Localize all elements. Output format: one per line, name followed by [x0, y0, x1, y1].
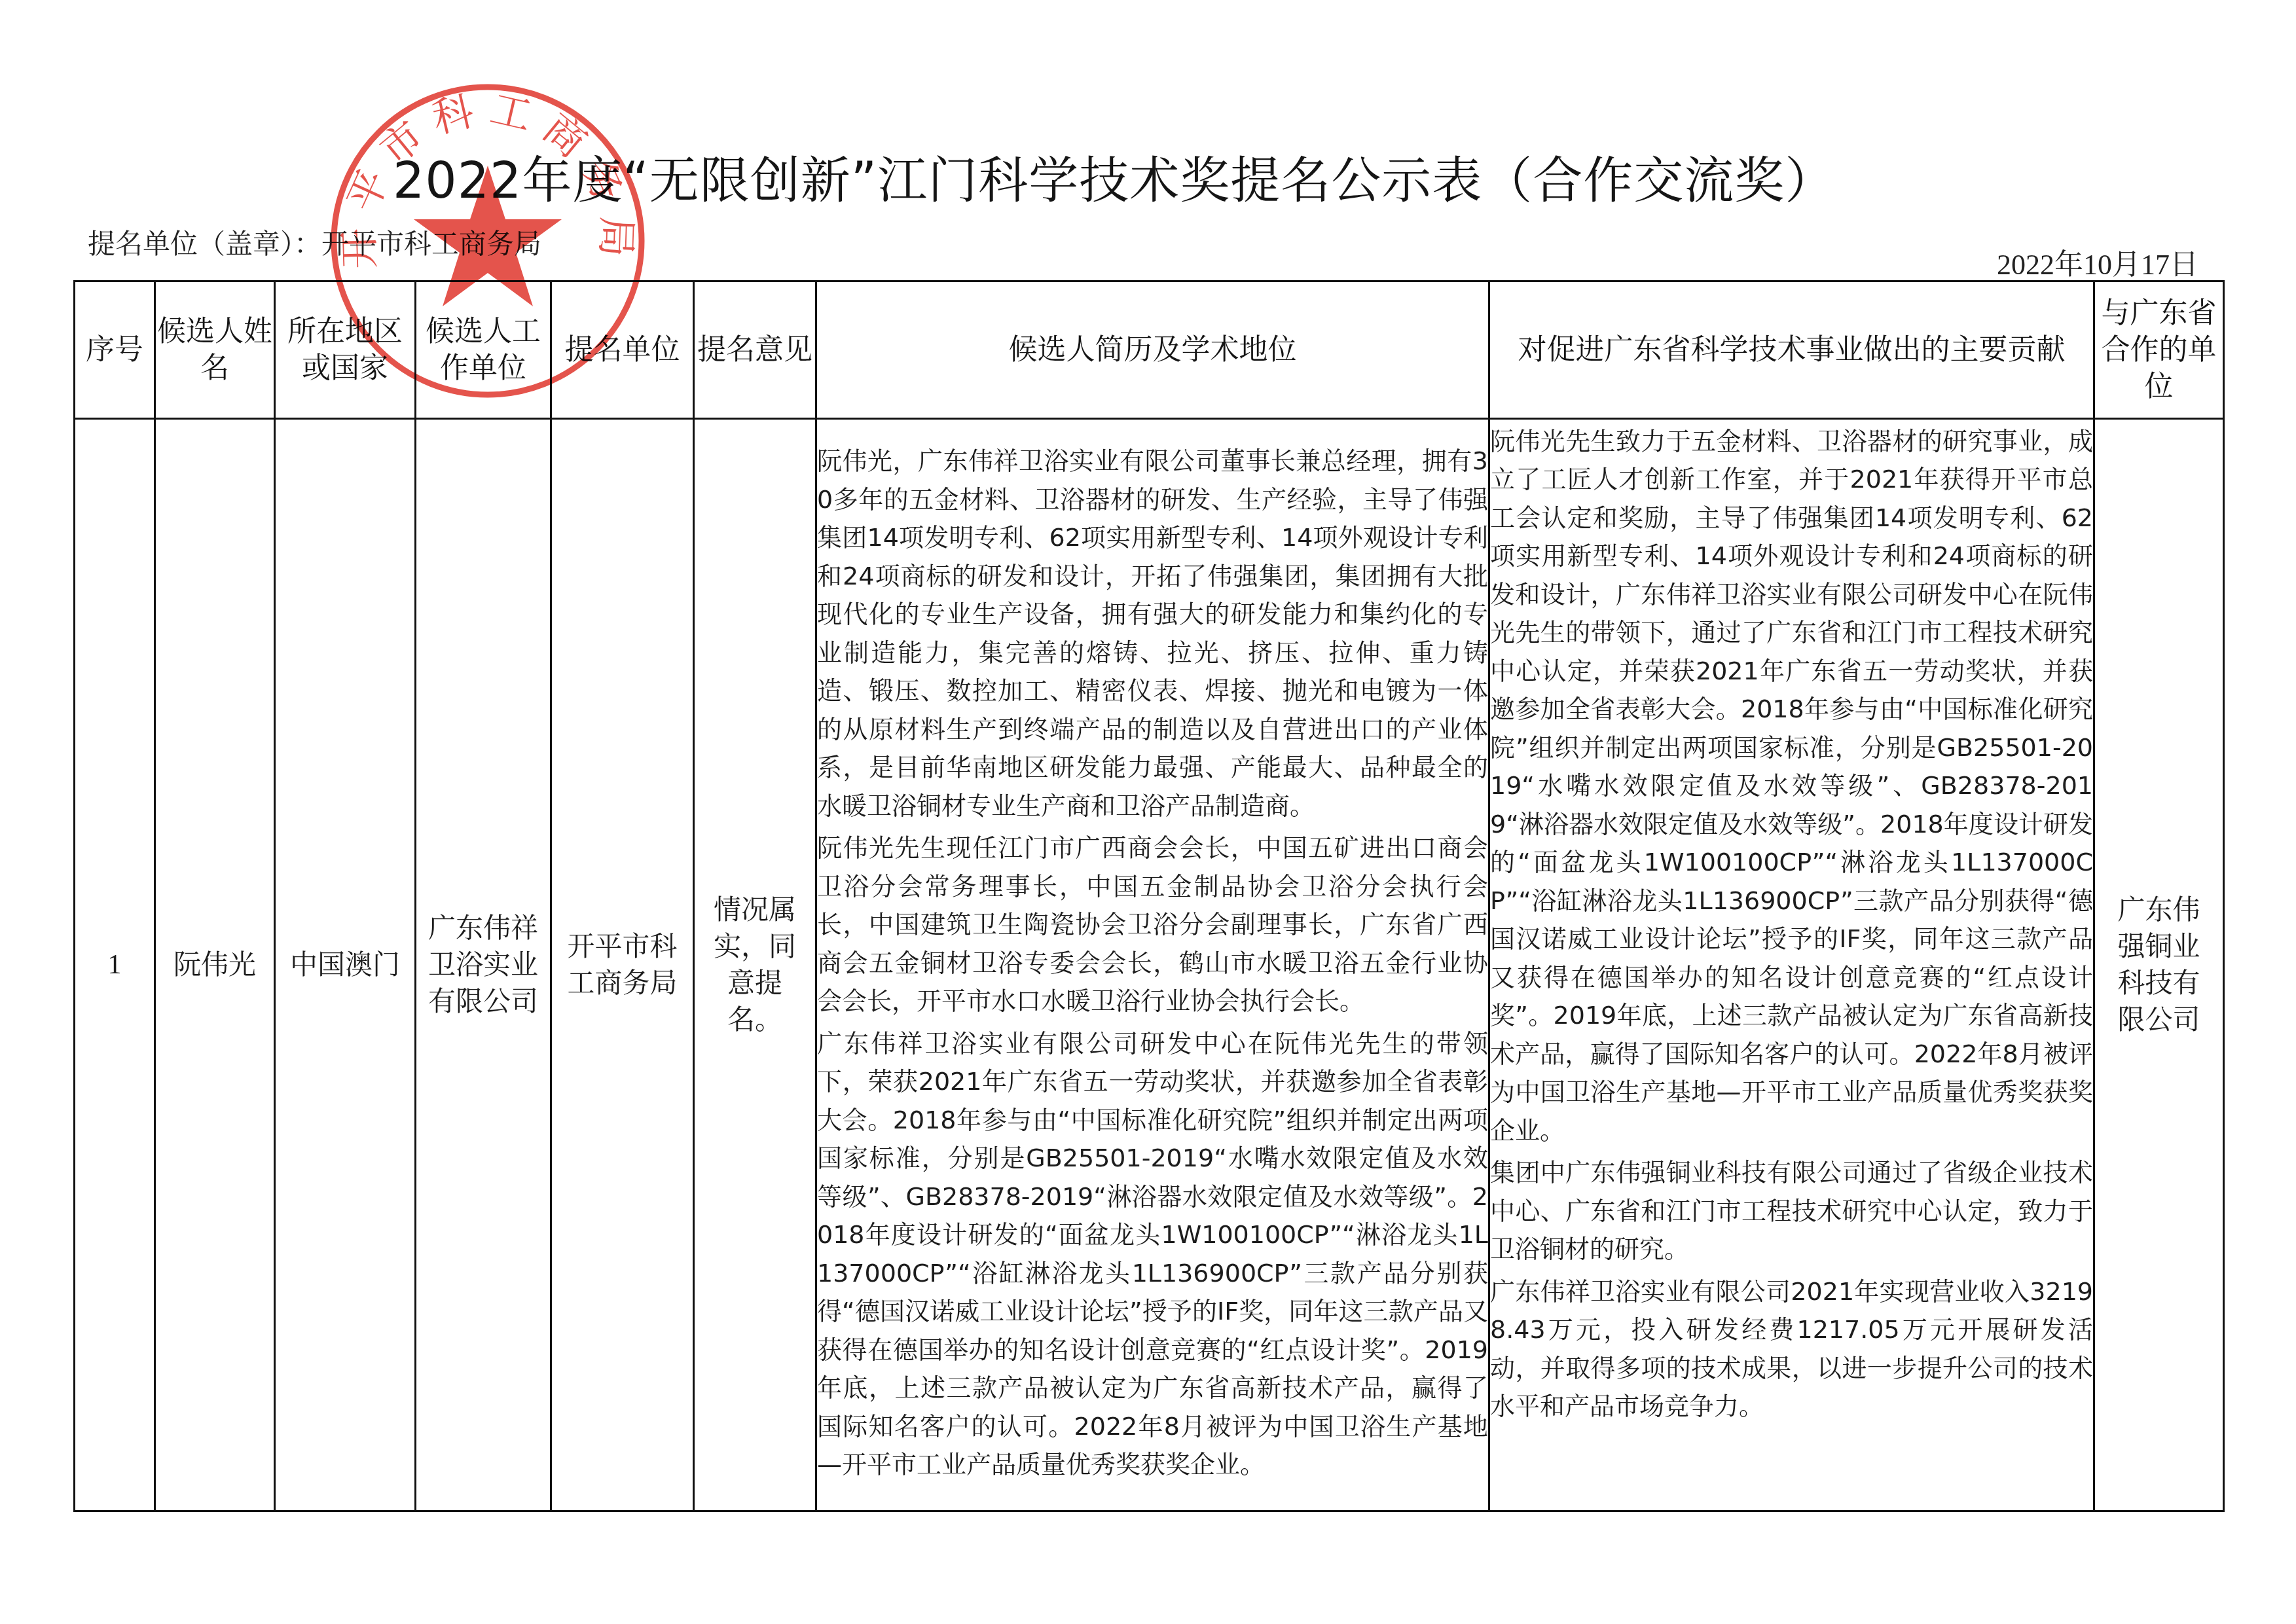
header-partner-unit: 与广东省合作的单位	[2094, 281, 2224, 419]
document-date: 2022年10月17日	[1997, 241, 2198, 283]
header-resume: 候选人简历及学术地位	[816, 281, 1489, 419]
cell-region: 中国澳门	[275, 419, 416, 1511]
cell-contribution: 阮伟光先生致力于五金材料、卫浴器材的研究事业，成立了工匠人才创新工作室，并于20…	[1489, 419, 2094, 1511]
table-row: 1 阮伟光 中国澳门 广东伟祥卫浴实业有限公司 开平市科工商务局 情况属实，同意…	[75, 419, 2224, 1511]
cell-index: 1	[75, 419, 155, 1511]
resume-paragraph: 阮伟光，广东伟祥卫浴实业有限公司董事长兼总经理，拥有30多年的五金材料、卫浴器材…	[817, 442, 1488, 825]
header-work-unit: 候选人工作单位	[416, 281, 551, 419]
cell-candidate-name: 阮伟光	[155, 419, 275, 1511]
header-nominating-unit: 提名单位	[551, 281, 694, 419]
cell-opinion: 情况属实，同意提名。	[694, 419, 816, 1511]
contribution-paragraph: 阮伟光先生致力于五金材料、卫浴器材的研究事业，成立了工匠人才创新工作室，并于20…	[1490, 422, 2093, 1150]
cell-nominating-unit: 开平市科工商务局	[551, 419, 694, 1511]
header-candidate-name: 候选人姓名	[155, 281, 275, 419]
header-opinion: 提名意见	[694, 281, 816, 419]
header-row: 序号 候选人姓名 所在地区或国家 候选人工作单位 提名单位 提名意见 候选人简历…	[75, 281, 2224, 419]
cell-work-unit: 广东伟祥卫浴实业有限公司	[416, 419, 551, 1511]
cell-resume: 阮伟光，广东伟祥卫浴实业有限公司董事长兼总经理，拥有30多年的五金材料、卫浴器材…	[816, 419, 1489, 1511]
nomination-table: 序号 候选人姓名 所在地区或国家 候选人工作单位 提名单位 提名意见 候选人简历…	[73, 280, 2225, 1512]
header-contribution: 对促进广东省科学技术事业做出的主要贡献	[1489, 281, 2094, 419]
resume-paragraph: 广东伟祥卫浴实业有限公司研发中心在阮伟光先生的带领下，荣获2021年广东省五一劳…	[817, 1024, 1488, 1484]
cell-partner-unit: 广东伟强铜业科技有限公司	[2094, 419, 2224, 1511]
document-title: 2022年度“无限创新”江门科学技术奖提名公示表（合作交流奖）	[393, 141, 1899, 212]
header-region: 所在地区或国家	[275, 281, 416, 419]
header-index: 序号	[75, 281, 155, 419]
resume-paragraph: 阮伟光先生现任江门市广西商会会长，中国五矿进出口商会卫浴分会常务理事长，中国五金…	[817, 829, 1488, 1020]
contribution-paragraph: 广东伟祥卫浴实业有限公司2021年实现营业收入32198.43万元，投入研发经费…	[1490, 1272, 2093, 1426]
contribution-paragraph: 集团中广东伟强铜业科技有限公司通过了省级企业技术中心、广东省和江门市工程技术研究…	[1490, 1153, 2093, 1269]
nominating-unit-line: 提名单位（盖章）：开平市科工商务局	[88, 223, 541, 262]
